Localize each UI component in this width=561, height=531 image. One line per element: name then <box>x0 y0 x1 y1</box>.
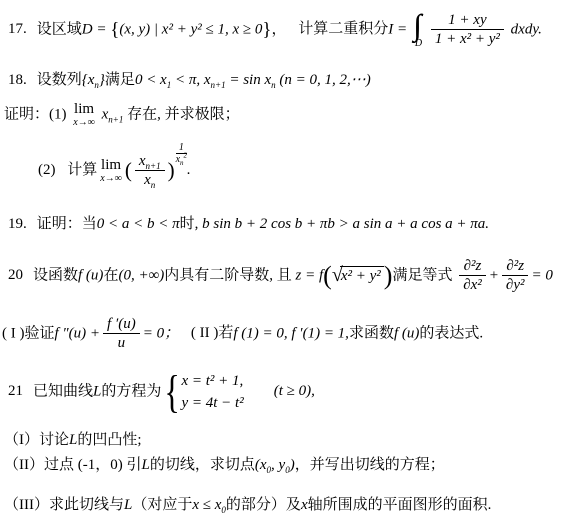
text-run: 设区域 <box>37 21 82 37</box>
fraction-numerator: xn+1 <box>135 153 165 170</box>
text-run: 计算 <box>67 162 97 178</box>
text-run: 满足 <box>105 72 135 88</box>
superscript: 2 <box>184 152 188 160</box>
math-run: x <box>144 172 151 188</box>
fraction-denominator: ∂y² <box>502 275 529 294</box>
problem-21-part3: （III）求此切线与L（对应于x ≤ x0的部分）及x轴所围成的平面图形的面积. <box>4 495 491 515</box>
problem-18-part1: 证明：(1) limx→∞ xn+1 存在, 并求极限； <box>4 102 240 128</box>
text-run: 内具有二阶导数, 且 <box>164 267 292 283</box>
fraction-numerator: ∂²z <box>502 258 529 275</box>
fraction-numerator: f ′(u) <box>103 316 140 333</box>
paren-close: ) <box>168 158 175 182</box>
math-run: , y <box>271 457 285 473</box>
math-run: f (1) = 0, f ′(1) = 1, <box>233 325 349 341</box>
math-run: (0, +∞) <box>118 267 164 283</box>
text-run: 设数列 <box>37 72 82 88</box>
math-run: b sin b + 2 cos b + πb > a sin a + a cos… <box>202 216 489 232</box>
text-run: 计算二重积分 <box>298 21 388 37</box>
text-run: （I）讨论 <box>4 432 69 448</box>
exponent-fraction: 1xn2 <box>176 143 187 166</box>
text-run: 满足等式 <box>392 267 452 283</box>
fraction: xn+1xn <box>135 153 165 189</box>
math-run: (t ≥ 0), <box>274 383 315 399</box>
fraction-denominator: u <box>103 333 140 352</box>
limit-word: lim <box>73 102 95 117</box>
math-run: (x <box>255 457 267 473</box>
problem-18-part2: (2) 计算limx→∞(xn+1xn)1xn2. <box>38 143 191 189</box>
subscript: n <box>180 159 184 167</box>
text-run: （III）求此切线与 <box>4 497 124 513</box>
problem-19: 19.证明：当0 < a < b < π时, b sin b + 2 cos b… <box>8 214 489 234</box>
text-run: 的表达式. <box>419 325 483 341</box>
problem-number: 18. <box>8 72 27 88</box>
text-run: 求函数 <box>349 325 394 341</box>
math-run: (-1，0) <box>78 457 123 473</box>
fraction-numerator: ∂²z <box>459 258 486 275</box>
text-run: （II）过点 <box>4 457 74 473</box>
math-run: D = <box>82 21 107 37</box>
double-integral-sign: ∫∫ <box>413 13 422 39</box>
subscript: n+1 <box>211 80 226 90</box>
math-run: = 0； <box>143 325 179 341</box>
math-run: . <box>187 162 191 178</box>
math-run: x <box>139 153 146 169</box>
text-run: 的凹凸性; <box>77 432 141 448</box>
text-run: 引 <box>127 457 142 473</box>
radical-body: x² + y² <box>340 266 384 284</box>
limit-subscript: x→∞ <box>100 173 122 184</box>
math-run: dxdy. <box>511 21 542 37</box>
problem-number: 20 <box>8 267 23 283</box>
text-run: 设函数 <box>33 267 78 283</box>
text-run: ( II )若 <box>191 325 233 341</box>
fraction-numerator: 1 + xy <box>431 12 504 29</box>
exponent-denominator: xn2 <box>176 153 187 166</box>
math-run: = 0 <box>531 267 552 283</box>
exam-page: 17.设区域D = {(x, y) | x² + y² ≤ 1, x ≥ 0}，… <box>0 0 561 531</box>
system-equation-2: y = 4t − t² <box>181 392 243 414</box>
math-run: {x <box>82 72 95 88</box>
limit-word: lim <box>100 158 122 173</box>
text-run: 轴所围成的平面图形的面积. <box>308 497 492 513</box>
fraction-denominator: 1 + x² + y² <box>431 29 504 48</box>
math-run: x ≤ x <box>192 497 221 513</box>
problem-21-part1: （I）讨论L的凹凸性; <box>4 430 142 450</box>
text-run: 证明：当 <box>37 216 97 232</box>
problem-17: 17.设区域D = {(x, y) | x² + y² ≤ 1, x ≥ 0}，… <box>8 12 542 48</box>
subscript: n+1 <box>108 114 123 124</box>
text-run: 的方程为 <box>101 383 161 399</box>
math-run: I = <box>388 21 407 37</box>
double-integral-operator: ∫∫D <box>413 13 422 48</box>
problem-number: 19. <box>8 216 27 232</box>
equation-system: x = t² + 1,y = 4t − t² <box>181 370 243 414</box>
fraction-denominator: ∂x² <box>459 275 486 294</box>
limit-operator: limx→∞ <box>100 158 122 184</box>
paren-open: ( <box>323 261 332 290</box>
text-run: ， <box>271 21 286 37</box>
math-run: f (u) <box>78 267 103 283</box>
text-run: ，并写出切线的方程； <box>295 457 445 473</box>
set-brace-open: { <box>110 19 119 40</box>
math-run: (n = 0, 1, 2,⋯) <box>276 72 371 88</box>
problem-20-intro: 20设函数f (u)在(0, +∞)内具有二阶导数, 且 z = f(√x² +… <box>8 258 553 294</box>
math-run: L <box>142 457 150 473</box>
text-run: 已知曲线 <box>33 383 93 399</box>
partial-derivative-fraction: ∂²z∂x² <box>459 258 486 294</box>
text-run: （对应于 <box>132 497 192 513</box>
fraction-denominator: xn <box>135 170 165 189</box>
partial-derivative-fraction: ∂²z∂y² <box>502 258 529 294</box>
problem-21-part2: （II）过点 (-1，0) 引L的切线，求切点(x0, y0)，并写出切线的方程… <box>4 455 445 475</box>
subscript: n+1 <box>146 161 161 171</box>
fraction: f ′(u)u <box>103 316 140 352</box>
math-run: 0 < x <box>135 72 167 88</box>
text-run: 的切线，求切点 <box>150 457 255 473</box>
math-run: f (u) <box>394 325 419 341</box>
math-run: < π, x <box>171 72 210 88</box>
paren-open: ( <box>125 158 132 182</box>
math-run: 0 < a < b < π <box>97 216 180 232</box>
text-run: 在 <box>103 267 118 283</box>
text-run: 的部分）及 <box>226 497 301 513</box>
problem-number: 17. <box>8 21 27 37</box>
system-equation-1: x = t² + 1, <box>181 370 243 392</box>
integral-domain-label: D <box>413 39 422 48</box>
text-run: 存在, 并求极限； <box>127 106 240 122</box>
problem-number: 21 <box>8 383 23 399</box>
math-run: f ″(u) + <box>55 325 101 341</box>
problem-18-intro: 18.设数列{xn}满足0 < x1 < π, xn+1 = sin xn (n… <box>8 70 371 90</box>
math-run: (x, y) | x² + y² ≤ 1, x ≥ 0 <box>119 21 262 37</box>
text-run: ( I )验证 <box>2 325 55 341</box>
fraction: 1 + xy1 + x² + y² <box>431 12 504 48</box>
math-run: x <box>301 497 308 513</box>
plus-sign: + <box>489 267 499 283</box>
math-run: = sin x <box>226 72 272 88</box>
square-root: √x² + y² <box>332 266 384 286</box>
math-run: z = f <box>296 267 324 283</box>
problem-20-parts: ( I )验证f ″(u) +f ′(u)u= 0； ( II )若f (1) … <box>2 316 483 352</box>
limit-subscript: x→∞ <box>73 117 95 128</box>
limit-operator: limx→∞ <box>73 102 95 128</box>
text-run: (2) <box>38 162 56 178</box>
text-run: 时, <box>180 216 199 232</box>
problem-21-intro: 21已知曲线L的方程为{x = t² + 1,y = 4t − t²(t ≥ 0… <box>8 370 315 414</box>
system-brace: { <box>165 370 180 414</box>
text-run: 证明：(1) <box>4 106 67 122</box>
subscript: n <box>151 180 156 190</box>
